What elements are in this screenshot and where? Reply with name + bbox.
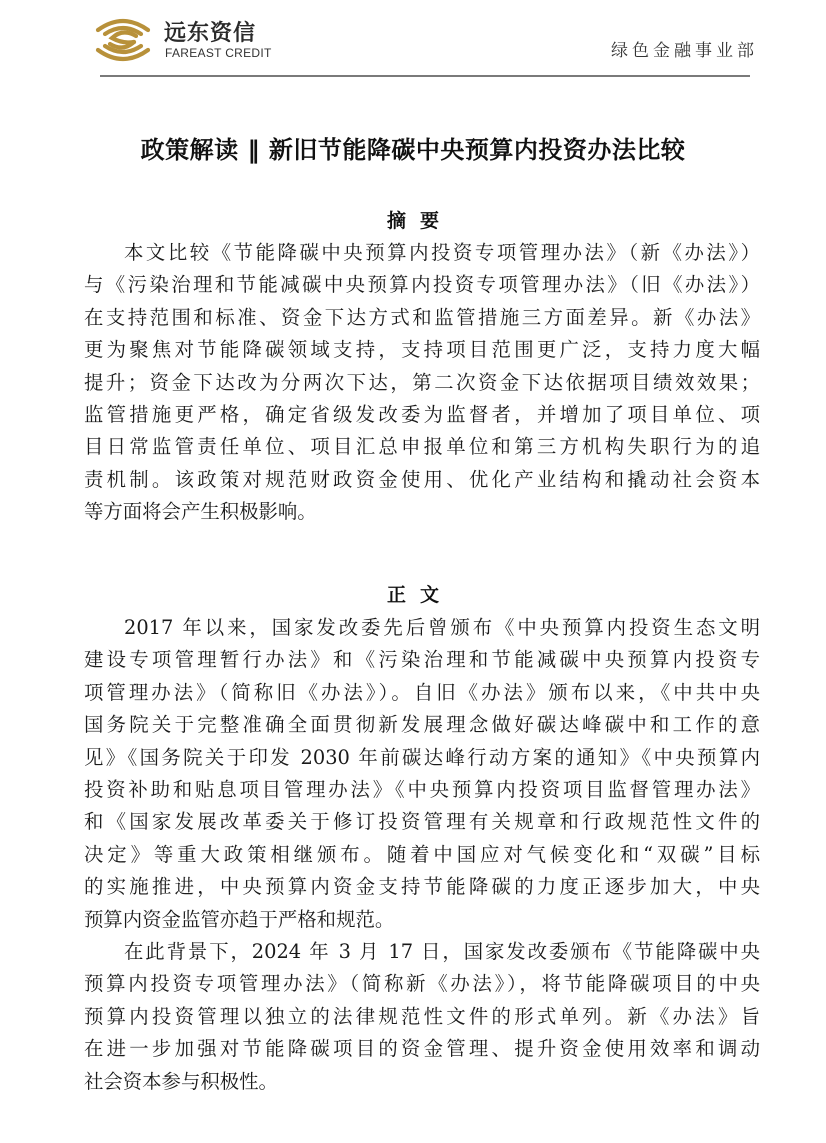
page-header: 远东资信 FAREAST CREDIT 绿色金融事业部 <box>0 0 826 80</box>
abstract-heading: 摘要 <box>0 206 826 233</box>
body-line: 预算内投资管理以独立的法律规范性文件的形式单列。新《办法》旨 <box>84 1001 760 1033</box>
body-line: 预算内投资专项管理办法》（简称新《办法》），将节能降碳项目的中央 <box>84 968 760 1000</box>
department-label: 绿色金融事业部 <box>611 36 758 61</box>
abstract-line: 等方面将会产生积极影响。 <box>84 496 760 528</box>
body-line: 国务院关于完整准确全面贯彻新发展理念做好碳达峰碳中和工作的意 <box>84 709 760 741</box>
body-line: 和《国家发展改革委关于修订投资管理有关规章和行政规范性文件的 <box>84 806 760 838</box>
abstract-line: 在支持范围和标准、资金下达方式和监管措施三方面差异。新《办法》 <box>84 302 760 334</box>
document-title: 政策解读 ‖ 新旧节能降碳中央预算内投资办法比较 <box>0 130 826 165</box>
abstract-line: 提升；资金下达改为分两次下达，第二次资金下达依据项目绩效效果； <box>84 367 760 399</box>
body-line: 见》《国务院关于印发 2030 年前碳达峰行动方案的通知》《中央预算内 <box>84 742 760 774</box>
body-line: 投资补助和贴息项目管理办法》《中央预算内投资项目监督管理办法》 <box>84 774 760 806</box>
body-line: 预算内资金监管亦趋于严格和规范。 <box>84 904 760 936</box>
body-line: 社会资本参与积极性。 <box>84 1066 760 1098</box>
body-line: 在进一步加强对节能降碳项目的资金管理、提升资金使用效率和调动 <box>84 1033 760 1065</box>
body-line: 项管理办法》（简称旧《办法》）。自旧《办法》颁布以来，《中共中央 <box>84 677 760 709</box>
abstract-line: 监管措施更严格，确定省级发改委为监督者，并增加了项目单位、项 <box>84 399 760 431</box>
brand-name-cn: 远东资信 <box>164 16 256 47</box>
abstract-line: 与《污染治理和节能减碳中央预算内投资专项管理办法》（旧《办法》） <box>84 269 760 301</box>
abstract-line: 本文比较《节能降碳中央预算内投资专项管理办法》（新《办法》） <box>84 237 760 269</box>
body-line: 的实施推进，中央预算内资金支持节能降碳的力度正逐步加大，中央 <box>84 871 760 903</box>
body-line: 在此背景下，2024 年 3 月 17 日，国家发改委颁布《节能降碳中央 <box>84 936 760 968</box>
body-line: 决定》等重大政策相继颁布。随着中国应对气候变化和“双碳”目标 <box>84 839 760 871</box>
abstract-line: 责机制。该政策对规范财政资金使用、优化产业结构和撬动社会资本 <box>84 464 760 496</box>
abstract-text: 本文比较《节能降碳中央预算内投资专项管理办法》（新《办法》） 与《污染治理和节能… <box>84 237 760 529</box>
brand-name-en: FAREAST CREDIT <box>165 46 272 60</box>
abstract-line: 目日常监管责任单位、项目汇总申报单位和第三方机构失职行为的追 <box>84 431 760 463</box>
fareast-credit-logo-icon <box>92 14 154 66</box>
body-line: 2017 年以来，国家发改委先后曾颁布《中央预算内投资生态文明 <box>84 612 760 644</box>
body-heading: 正文 <box>0 580 826 607</box>
body-line: 建设专项管理暂行办法》和《污染治理和节能减碳中央预算内投资专 <box>84 644 760 676</box>
header-divider <box>100 75 750 77</box>
abstract-line: 更为聚焦对节能降碳领域支持，支持项目范围更广泛，支持力度大幅 <box>84 334 760 366</box>
body-paragraph-1: 2017 年以来，国家发改委先后曾颁布《中央预算内投资生态文明 建设专项管理暂行… <box>84 612 760 936</box>
body-paragraph-2: 在此背景下，2024 年 3 月 17 日，国家发改委颁布《节能降碳中央 预算内… <box>84 936 760 1098</box>
